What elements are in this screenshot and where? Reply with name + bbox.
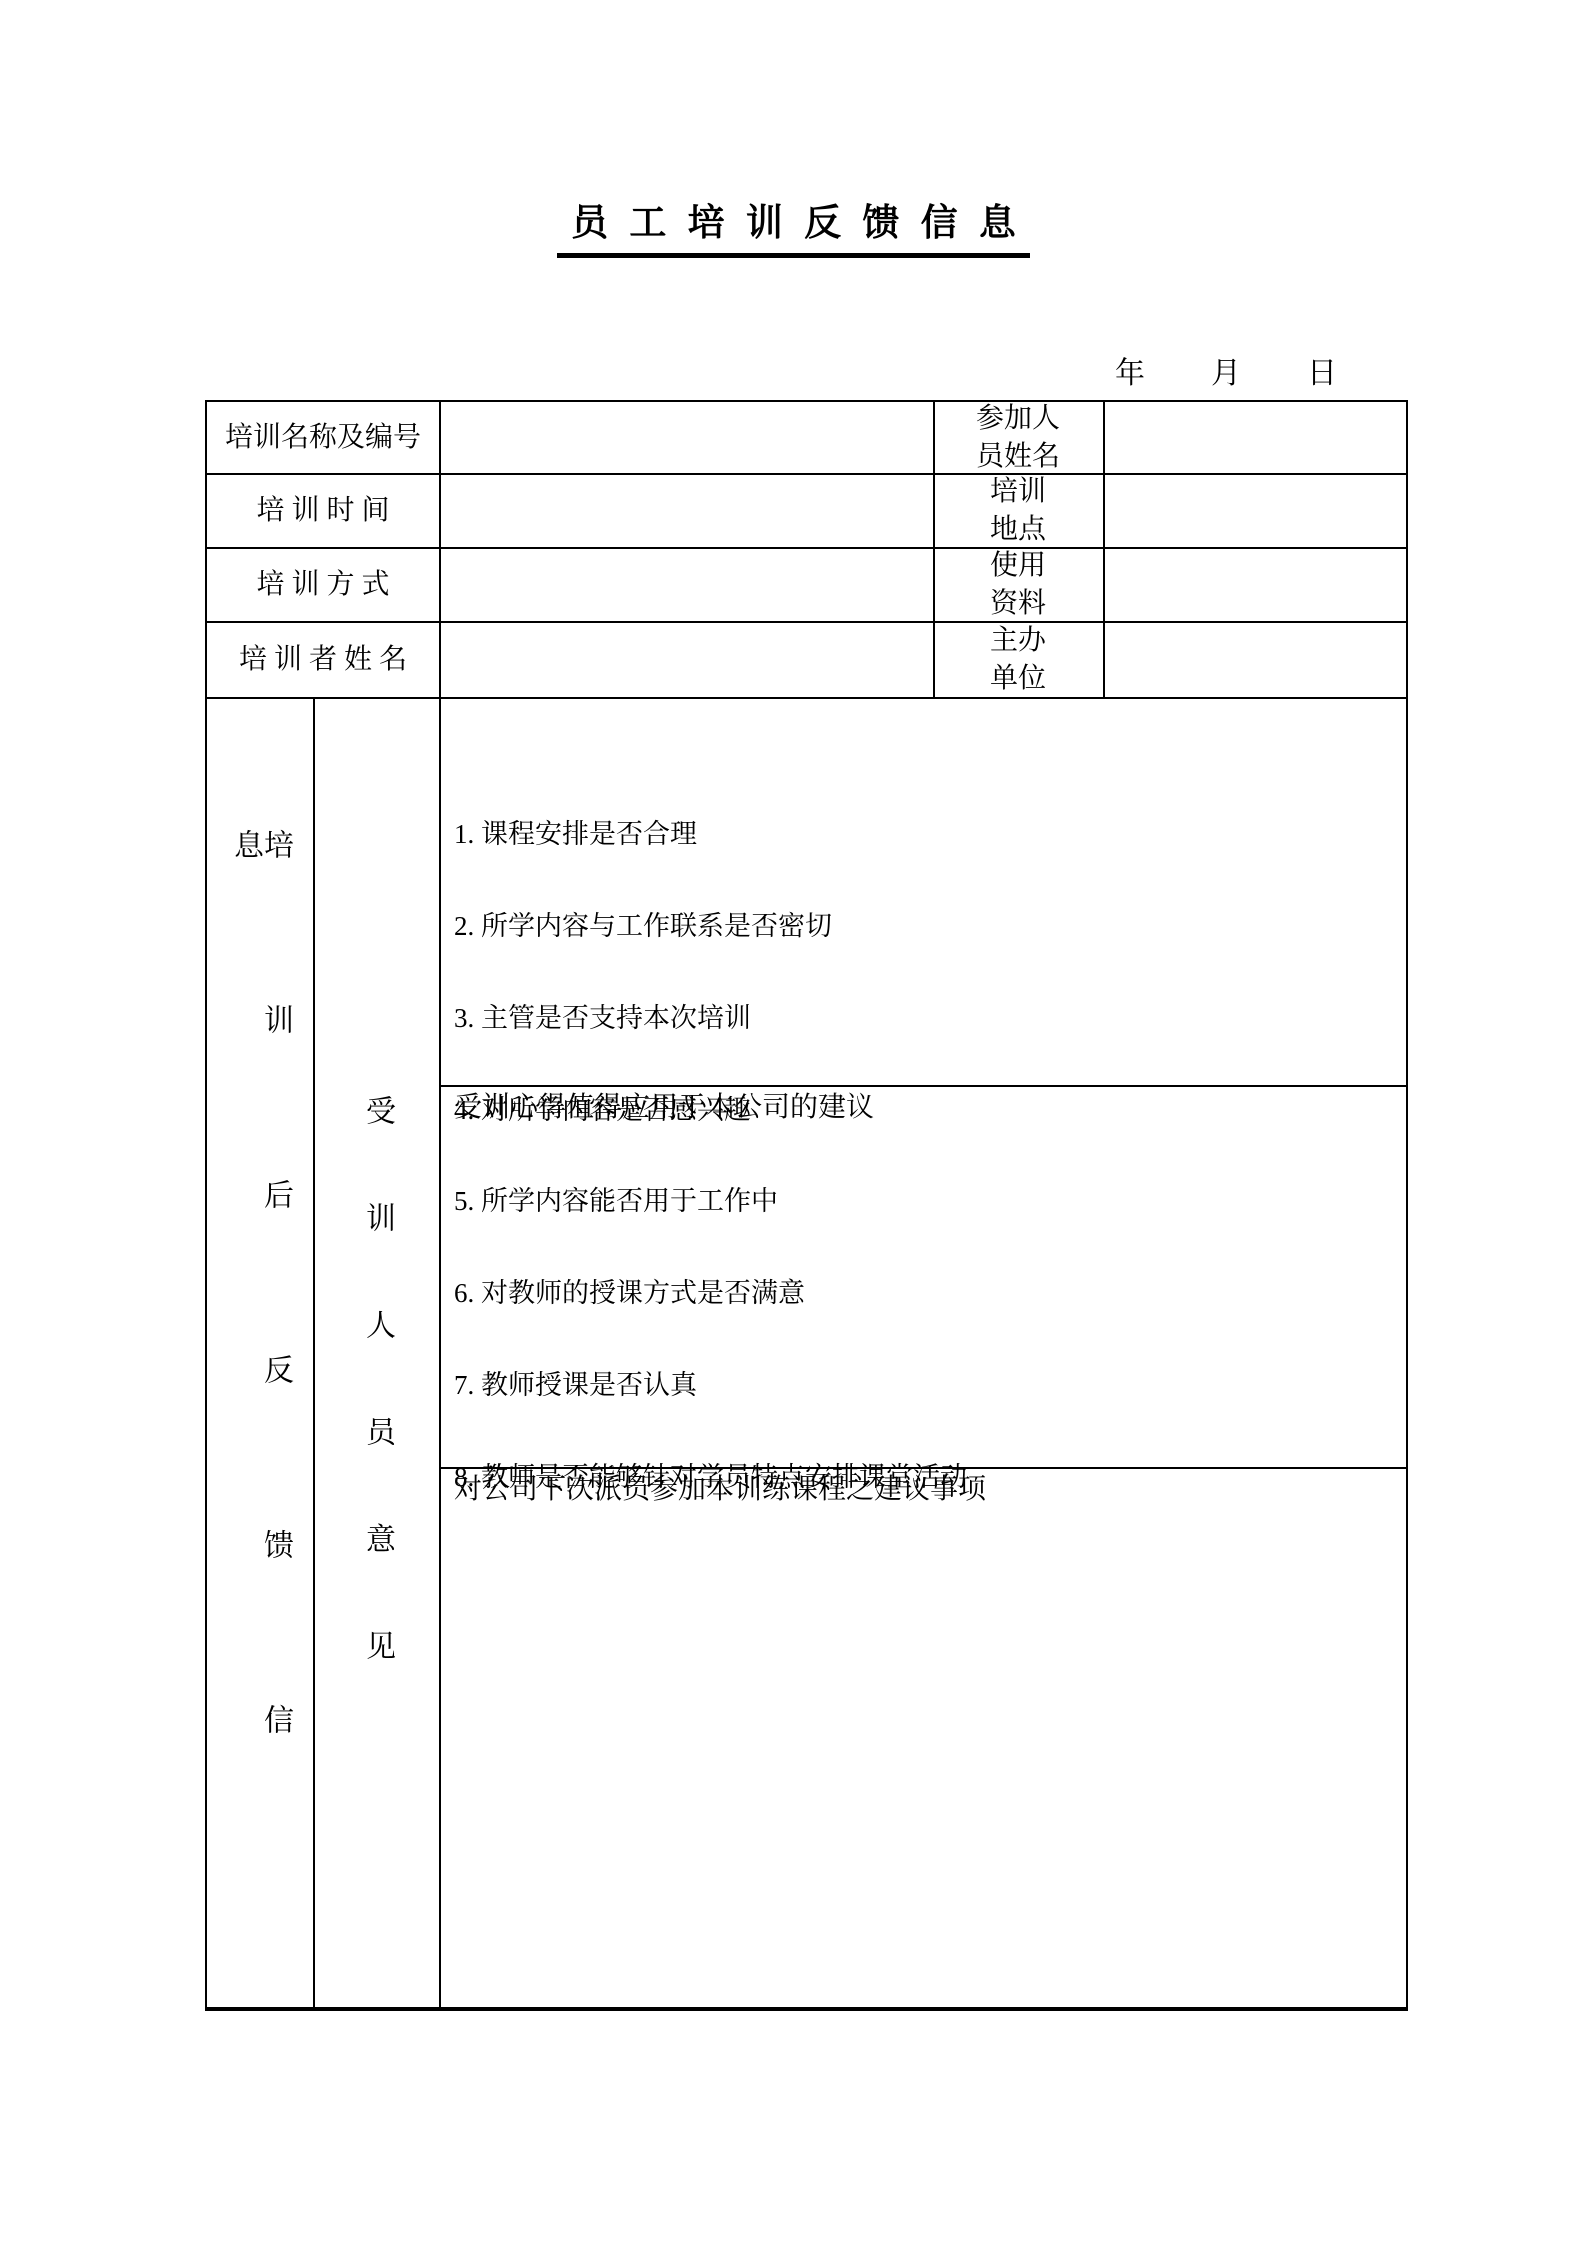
vertical-label-trainee-opinions: 受训人员意见: [362, 697, 392, 1737]
page-title-row: 员 工 培 训 反 馈 信 息: [0, 203, 1587, 258]
date-year-label: 年: [1115, 356, 1145, 392]
document-page: 员 工 培 训 反 馈 信 息 年 月 日 培训名称及编号 参加人 员姓名 培 …: [0, 0, 1587, 2245]
page-title: 员 工 培 训 反 馈 信 息: [557, 203, 1030, 258]
suggestion-next-training-cell[interactable]: 对公司下次派员参加本训练课程之建议事项: [441, 1469, 1406, 2007]
feedback-form-table: 培训名称及编号 参加人 员姓名 培 训 时 间 培训 地点 培 训 方 式 使用…: [205, 400, 1408, 2011]
field-training-time[interactable]: [441, 475, 933, 547]
field-training-name-number[interactable]: [441, 402, 933, 473]
field-participant-names[interactable]: [1105, 402, 1408, 473]
vertical-label-post-training-feedback: 培训后反馈信息: [230, 697, 290, 2007]
suggestion-next-training-label: 对公司下次派员参加本训练课程之建议事项: [454, 1472, 986, 1507]
field-training-method[interactable]: [441, 549, 933, 621]
field-training-location[interactable]: [1105, 475, 1408, 547]
label-training-time: 培 训 时 间: [207, 475, 439, 547]
label-training-name-number: 培训名称及编号: [207, 402, 439, 473]
date-day-label: 日: [1307, 356, 1337, 392]
field-organizer-unit[interactable]: [1105, 623, 1408, 697]
field-materials-used[interactable]: [1105, 549, 1408, 621]
label-organizer-unit: 主办 单位: [933, 623, 1103, 697]
suggestion-apply-to-company-cell[interactable]: 受训心得值得应用于本公司的建议: [441, 1087, 1406, 1467]
label-training-location: 培训 地点: [933, 475, 1103, 547]
label-training-method: 培 训 方 式: [207, 549, 439, 621]
question-item: 3. 主管是否支持本次培训: [454, 1003, 1394, 1034]
question-item: 1. 课程安排是否合理: [454, 819, 1394, 850]
date-line: 年 月 日: [1115, 356, 1337, 392]
section-label-post-training-feedback: 培训后反馈信息: [207, 697, 313, 2007]
label-participant-names: 参加人 员姓名: [933, 402, 1103, 473]
question-item: 2. 所学内容与工作联系是否密切: [454, 911, 1394, 942]
suggestion-apply-to-company-label: 受训心得值得应用于本公司的建议: [454, 1090, 874, 1125]
label-materials-used: 使用 资料: [933, 549, 1103, 621]
section-label-trainee-opinions: 受训人员意见: [315, 697, 439, 2007]
field-trainer-name[interactable]: [441, 623, 933, 697]
date-month-label: 月: [1211, 356, 1241, 392]
label-trainer-name: 培 训 者 姓 名: [207, 623, 439, 697]
questions-cell: 1. 课程安排是否合理 2. 所学内容与工作联系是否密切 3. 主管是否支持本次…: [441, 699, 1406, 1085]
